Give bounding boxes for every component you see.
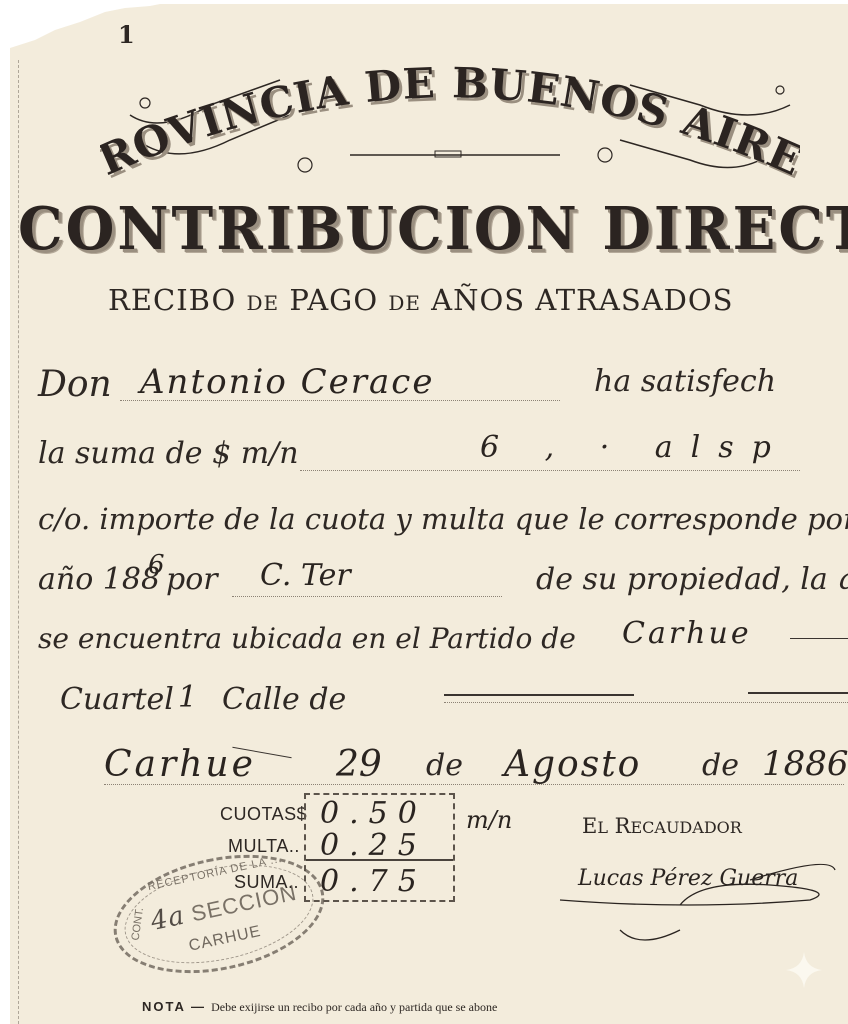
line4-dotline: [232, 596, 502, 597]
suma-label-text: SUMA: [234, 872, 288, 892]
subtitle-de-2: DE: [388, 291, 421, 315]
footer-note: NOTA — Debe exijirse un recibo por cada …: [142, 996, 497, 1015]
svg-text:PROVINCIA DE BUENOS AIRES: PROVINCIA DE BUENOS AIRES: [100, 45, 800, 185]
suma-label: SUMA..: [234, 872, 299, 893]
arched-title-provincia: PROVINCIA DE BUENOS AIRES PROVINCIA DE B…: [100, 45, 800, 185]
sparkle-icon: [784, 950, 824, 990]
year-digit-field: 6: [148, 550, 165, 580]
subtitle-de-1: DE: [247, 291, 280, 315]
multa-label: MULTA..: [228, 836, 300, 857]
partido-field: Carhue: [622, 616, 752, 651]
cuartel-field: 1: [178, 680, 197, 715]
recaudador-l: L: [597, 818, 608, 837]
date-month-field: Agosto: [504, 744, 641, 785]
payer-name-field: Antonio Cerace: [140, 362, 434, 402]
cuotas-label-text: CUOTAS: [220, 804, 297, 824]
subtitle-recibo: RECIBO: [108, 283, 236, 317]
multa-label-text: MULTA: [228, 836, 289, 856]
line3-text: c/o. importe de la cuota y multa que le …: [38, 502, 848, 536]
line2-dotline: [300, 470, 800, 471]
date-year-field: 1886: [762, 744, 848, 784]
calle-rule-1: [444, 694, 634, 696]
line6-prefix: Cuartel: [60, 682, 174, 717]
currency-unit: m/n: [466, 806, 512, 834]
date-dotline: [104, 784, 844, 785]
suma-value: 0.75: [320, 864, 427, 899]
date-de-2: de: [702, 748, 739, 783]
line4-prefix: año 188: [38, 562, 160, 597]
line1-prefix: Don: [38, 364, 112, 405]
line1-dotline: [120, 400, 560, 401]
cuotas-value: 0.50: [320, 796, 427, 831]
subtitle-pago: PAGO: [289, 283, 378, 317]
partido-rule: [790, 638, 848, 639]
multa-value: 0.25: [320, 828, 427, 863]
subtitle-anos-atrasados: AÑOS ATRASADOS: [431, 283, 733, 317]
recaudador-e: E: [582, 814, 597, 838]
calle-rule-2: [748, 692, 848, 694]
line2-prefix: la suma de $ m/n: [38, 436, 299, 471]
installment-field: C. Ter: [260, 558, 351, 593]
date-de-1: de: [426, 748, 463, 783]
subtitle: RECIBO DE PAGO DE AÑOS ATRASADOS: [108, 283, 734, 317]
recaudador-title: EL RECAUDADOR: [582, 814, 742, 838]
line6-dotline: [444, 702, 848, 703]
arched-title-text: PROVINCIA DE BUENOS AIRES: [100, 45, 800, 185]
line1-suffix: ha satisfech: [594, 364, 776, 399]
line4-suffix: de su propiedad, la q: [536, 562, 848, 597]
line4-por: por: [166, 562, 218, 597]
recaudador-r: R: [615, 814, 631, 838]
line6-calle: Calle de: [222, 682, 346, 717]
main-title: CONTRIBUCION DIRECTA: [18, 194, 848, 263]
date-place-field: Carhue: [104, 744, 256, 785]
nota-label: NOTA —: [142, 999, 206, 1014]
signature-flourish: [550, 850, 840, 950]
line5-prefix: se encuentra ubicada en el Partido de: [38, 622, 576, 655]
amount-field: 6 , · alsp: [480, 430, 789, 465]
date-day-field: 29: [336, 744, 382, 785]
nota-text: Debe exijirse un recibo por cada año y p…: [211, 1000, 497, 1014]
recaudador-rest: ECAUDADOR: [630, 818, 741, 837]
cuotas-label: CUOTAS$: [220, 804, 307, 825]
